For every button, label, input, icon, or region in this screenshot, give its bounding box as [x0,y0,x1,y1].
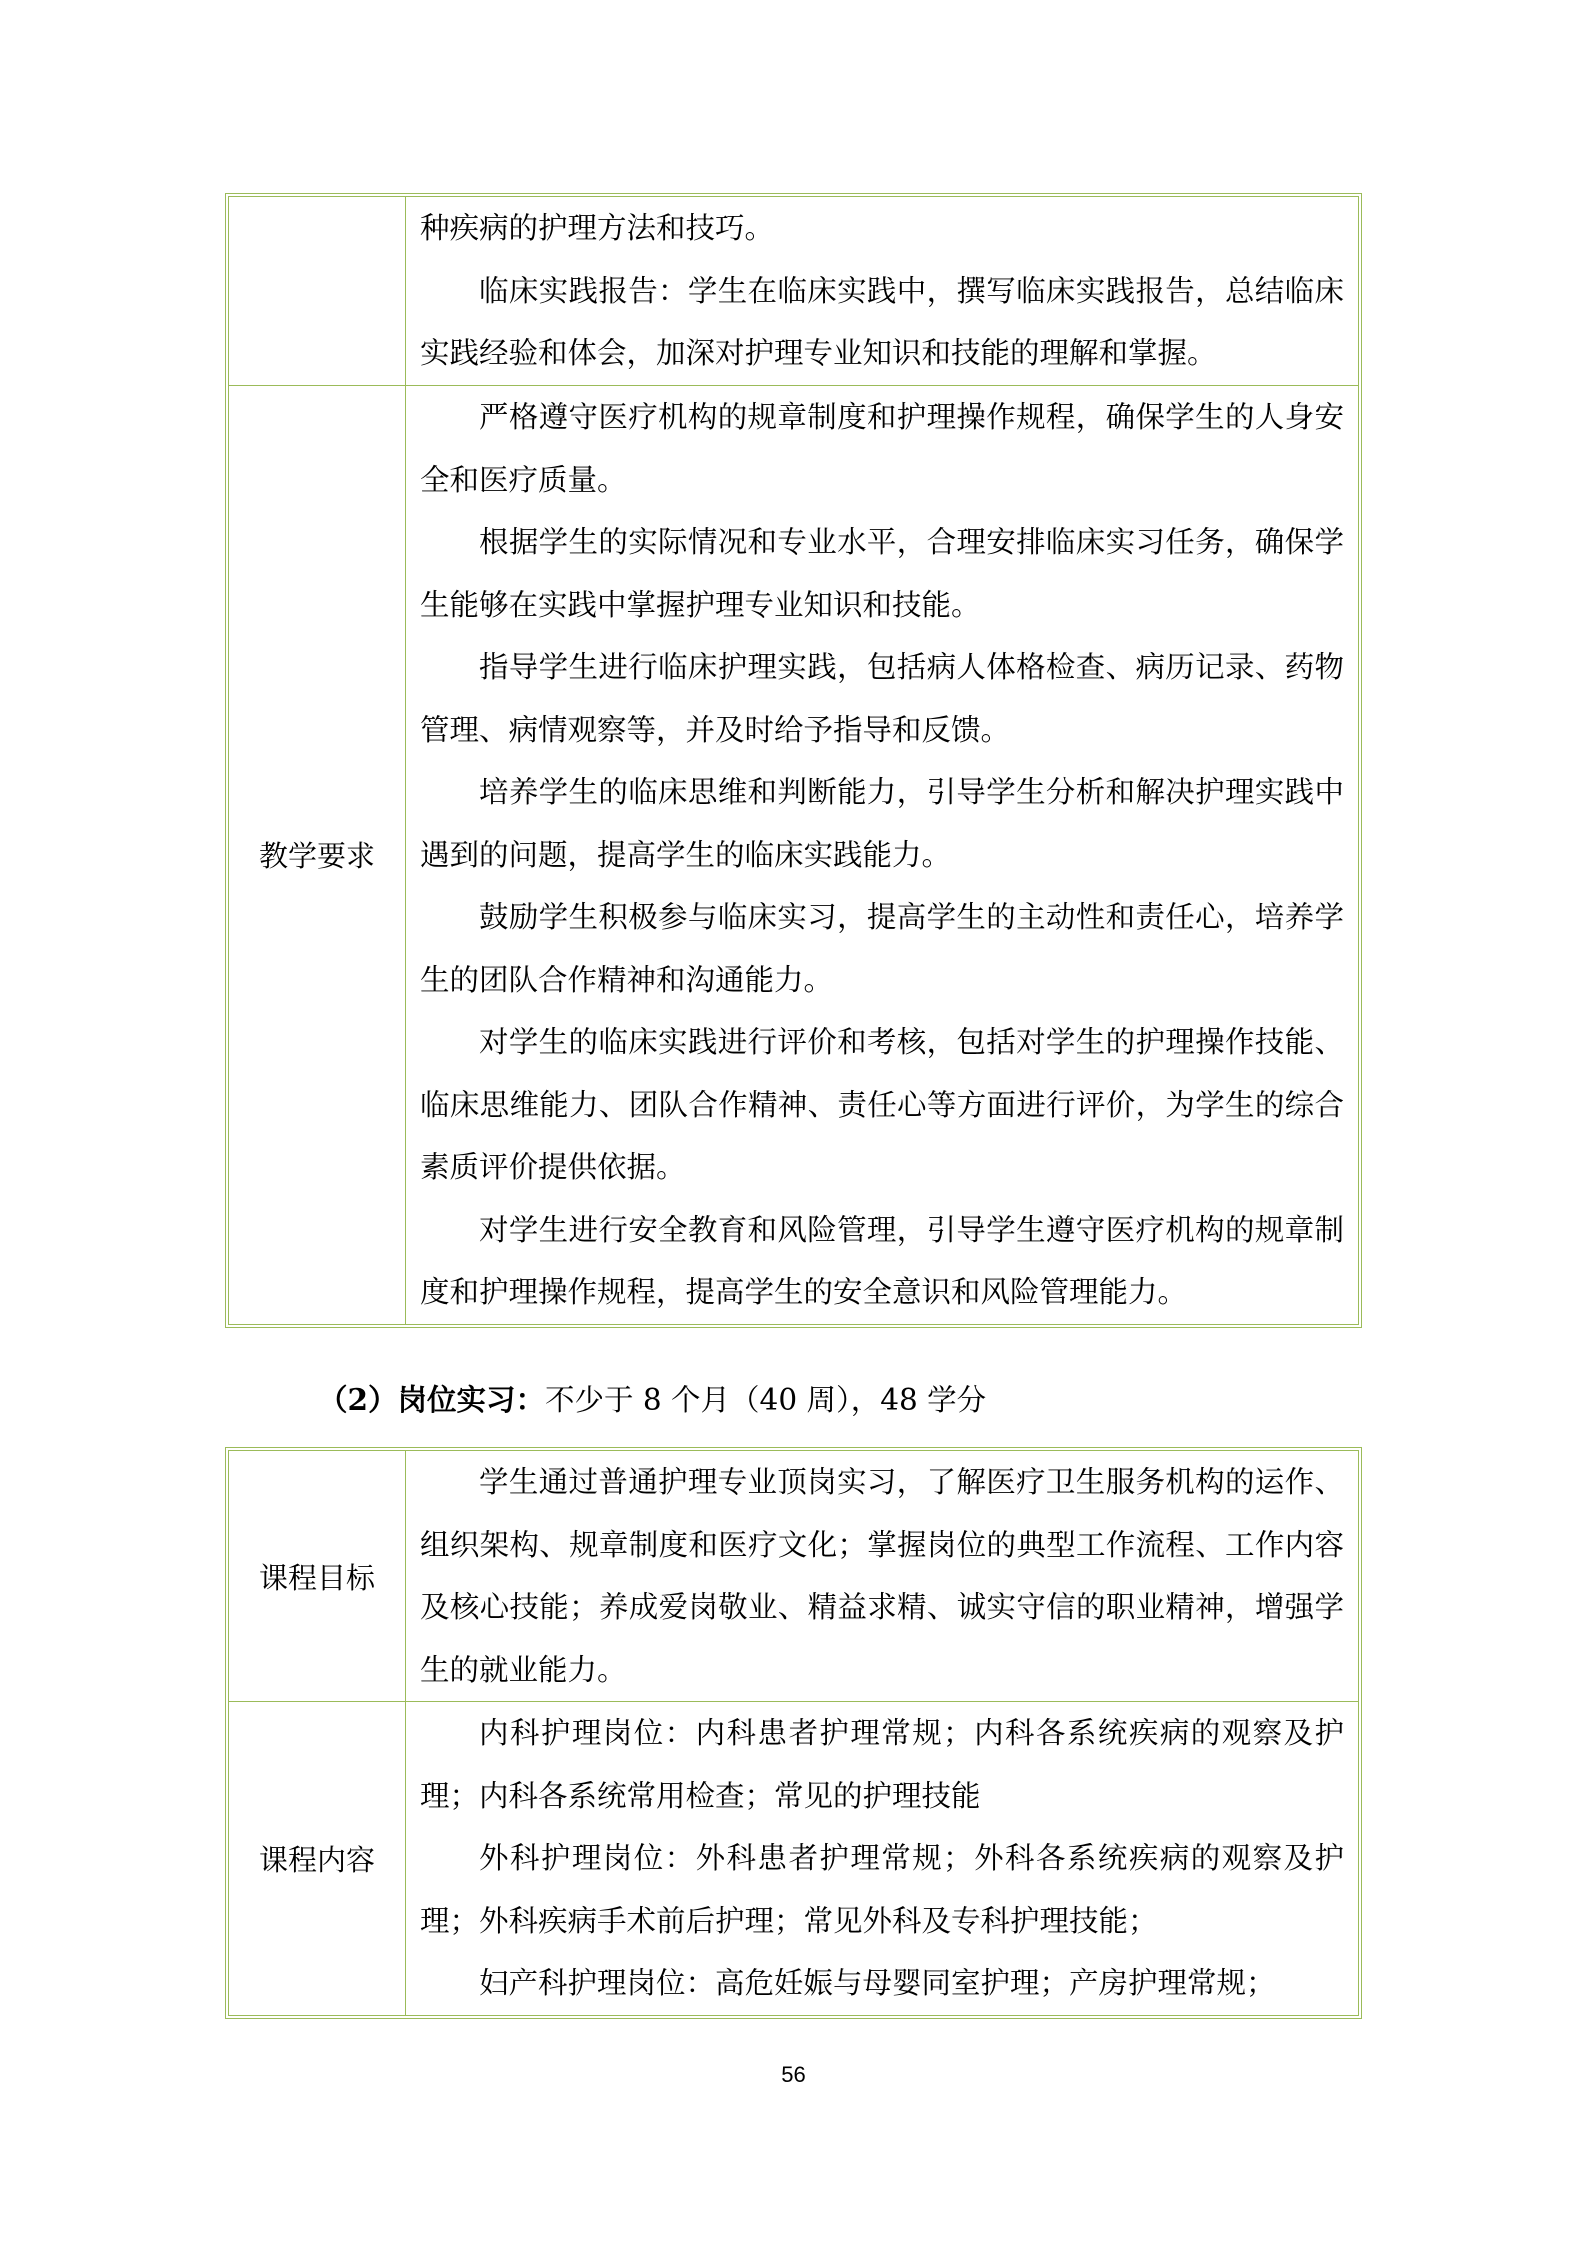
paragraph: 根据学生的实际情况和专业水平，合理安排临床实习任务，确保学生能够在实践中掌握护理… [420,511,1344,636]
section-heading-title: （2）岗位实习： [318,1382,545,1417]
row-content: 种疾病的护理方法和技巧。 临床实践报告：学生在临床实践中，撰写临床实践报告，总结… [406,197,1358,385]
row-label-course-objectives: 课程目标 [229,1451,406,1702]
row-content: 学生通过普通护理专业顶岗实习，了解医疗卫生服务机构的运作、组织架构、规章制度和医… [406,1451,1358,1701]
table-row: 教学要求 严格遵守医疗机构的规章制度和护理操作规程，确保学生的人身安全和医疗质量… [229,385,1358,1324]
section-heading-detail: 不少于 8 个月（40 周），48 学分 [545,1383,986,1417]
row-label-course-content: 课程内容 [229,1702,406,2015]
section-heading: （2）岗位实习：不少于 8 个月（40 周），48 学分 [318,1378,986,1422]
table-row: 课程目标 学生通过普通护理专业顶岗实习，了解医疗卫生服务机构的运作、组织架构、规… [229,1451,1358,1702]
paragraph: 指导学生进行临床护理实践，包括病人体格检查、病历记录、药物管理、病情观察等，并及… [420,636,1344,761]
table-row: 课程内容 内科护理岗位：内科患者护理常规；内科各系统疾病的观察及护理；内科各系统… [229,1702,1358,2015]
paragraph: 临床实践报告：学生在临床实践中，撰写临床实践报告，总结临床实践经验和体会，加深对… [420,260,1344,385]
table-row: 种疾病的护理方法和技巧。 临床实践报告：学生在临床实践中，撰写临床实践报告，总结… [229,197,1358,385]
paragraph: 对学生进行安全教育和风险管理，引导学生遵守医疗机构的规章制度和护理操作规程，提高… [420,1199,1344,1324]
paragraph: 种疾病的护理方法和技巧。 [420,197,1344,260]
page-number: 56 [0,2062,1587,2088]
paragraph: 外科护理岗位：外科患者护理常规；外科各系统疾病的观察及护理；外科疾病手术前后护理… [420,1827,1344,1952]
paragraph: 培养学生的临床思维和判断能力，引导学生分析和解决护理实践中遇到的问题，提高学生的… [420,761,1344,886]
row-content: 内科护理岗位：内科患者护理常规；内科各系统疾病的观察及护理；内科各系统常用检查；… [406,1702,1358,2015]
paragraph: 对学生的临床实践进行评价和考核，包括对学生的护理操作技能、临床思维能力、团队合作… [420,1011,1344,1199]
paragraph: 严格遵守医疗机构的规章制度和护理操作规程，确保学生的人身安全和医疗质量。 [420,386,1344,511]
row-label [229,197,406,385]
clinical-practice-table: 种疾病的护理方法和技巧。 临床实践报告：学生在临床实践中，撰写临床实践报告，总结… [225,193,1362,1328]
paragraph: 鼓励学生积极参与临床实习，提高学生的主动性和责任心，培养学生的团队合作精神和沟通… [420,886,1344,1011]
post-internship-table: 课程目标 学生通过普通护理专业顶岗实习，了解医疗卫生服务机构的运作、组织架构、规… [225,1447,1362,2019]
row-label-teaching-requirements: 教学要求 [229,385,406,1324]
paragraph: 学生通过普通护理专业顶岗实习，了解医疗卫生服务机构的运作、组织架构、规章制度和医… [420,1451,1344,1701]
paragraph: 妇产科护理岗位：高危妊娠与母婴同室护理；产房护理常规； [420,1952,1344,2015]
row-content: 严格遵守医疗机构的规章制度和护理操作规程，确保学生的人身安全和医疗质量。 根据学… [406,386,1358,1324]
paragraph: 内科护理岗位：内科患者护理常规；内科各系统疾病的观察及护理；内科各系统常用检查；… [420,1702,1344,1827]
